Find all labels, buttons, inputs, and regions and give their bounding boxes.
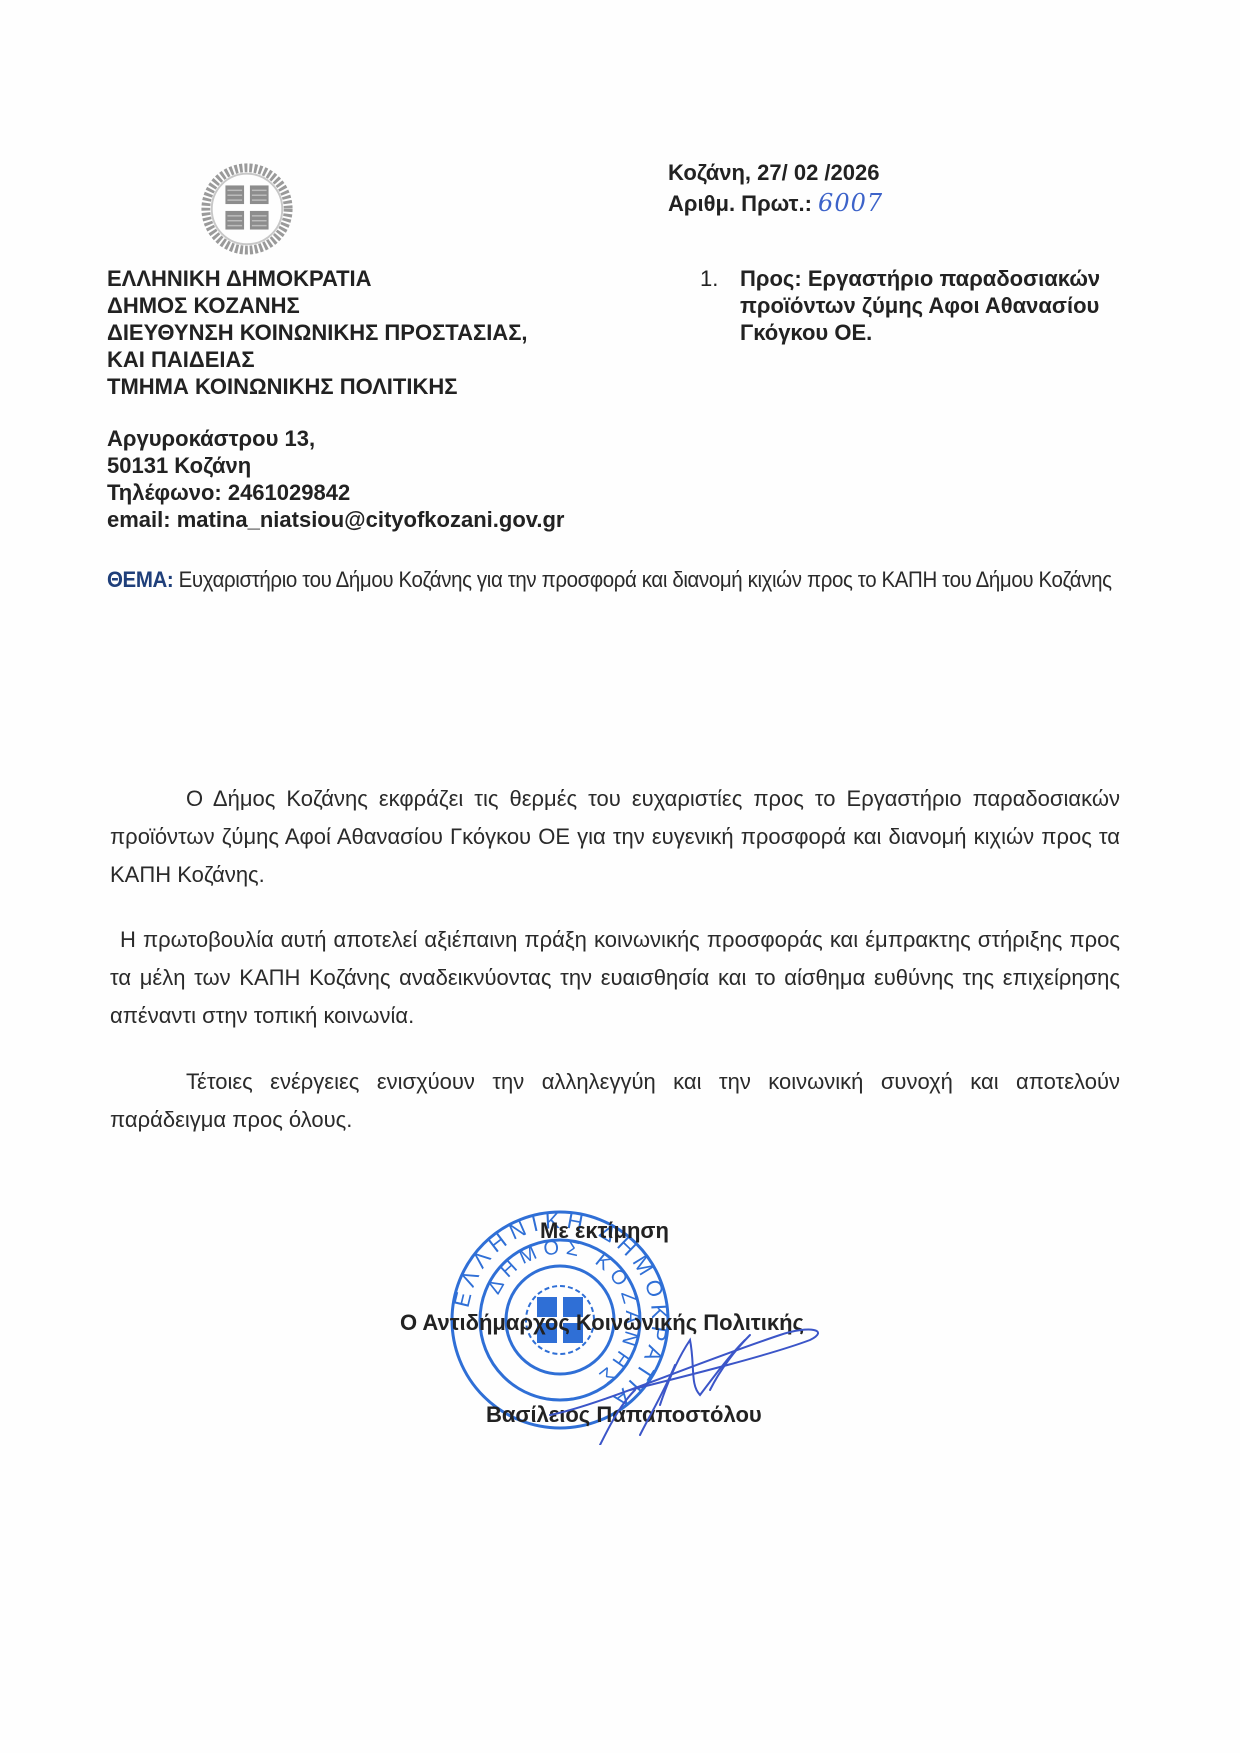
issuer-line: ΚΑΙ ΠΑΙΔΕΙΑΣ: [107, 346, 528, 373]
signatory-name: Βασίλειος Παπαποστόλου: [486, 1402, 762, 1428]
issuer-line: ΤΜΗΜΑ ΚΟΙΝΩΝΙΚΗΣ ΠΟΛΙΤΙΚΗΣ: [107, 373, 528, 400]
phone-line: Τηλέφωνο: 2461029842: [107, 479, 564, 506]
protocol-number-handwritten: 6007: [818, 189, 883, 217]
recipient-block: 1. Προς: Εργαστήριο παραδοσιακών προϊόντ…: [700, 265, 1140, 346]
signatory-role: Ο Αντιδήμαρχος Κοινωνικής Πολιτικής: [400, 1310, 804, 1336]
date-protocol-block: Κοζάνη, 27/ 02 /2026 Αριθμ. Πρωτ.: 6007: [668, 158, 883, 219]
protocol-line: Αριθμ. Πρωτ.: 6007: [668, 188, 883, 219]
issuer-line: ΕΛΛΗΝΙΚΗ ΔΗΜΟΚΡΑΤΙΑ: [107, 265, 528, 292]
body-paragraph: Ο Δήμος Κοζάνης εκφράζει τις θερμές του …: [110, 780, 1120, 894]
issuer-line: ΔΙΕΥΘΥΝΣΗ ΚΟΙΝΩΝΙΚΗΣ ΠΡΟΣΤΑΣΙΑΣ,: [107, 319, 528, 346]
subject-text: Ευχαριστήριο του Δήμου Κοζάνης για την π…: [179, 567, 1112, 592]
recipient-line: Προς: Εργαστήριο παραδοσιακών: [740, 265, 1140, 292]
postal-line: 50131 Κοζάνη: [107, 452, 564, 479]
recipient-number: 1.: [700, 265, 718, 292]
body-paragraph: Η πρωτοβουλία αυτή αποτελεί αξιέπαινη πρ…: [110, 921, 1120, 1035]
contact-block: Αργυροκάστρου 13, 50131 Κοζάνη Τηλέφωνο:…: [107, 425, 564, 533]
closing-greeting: Με εκτίμηση: [540, 1218, 669, 1244]
letter-page: Κοζάνη, 27/ 02 /2026 Αριθμ. Πρωτ.: 6007 …: [0, 0, 1240, 1753]
protocol-label: Αριθμ. Πρωτ.:: [668, 191, 812, 216]
place-date: Κοζάνη, 27/ 02 /2026: [668, 158, 883, 188]
issuer-block: ΕΛΛΗΝΙΚΗ ΔΗΜΟΚΡΑΤΙΑ ΔΗΜΟΣ ΚΟΖΑΝΗΣ ΔΙΕΥΘΥ…: [107, 265, 528, 400]
body-paragraph: Τέτοιες ενέργειες ενισχύουν την αλληλεγγ…: [110, 1063, 1120, 1139]
recipient-line: Γκόγκου ΟΕ.: [740, 319, 1140, 346]
subject-label: ΘΕΜΑ:: [107, 567, 173, 592]
address-line: Αργυροκάστρου 13,: [107, 425, 564, 452]
email-line: email: matina_niatsiou@cityofkozani.gov.…: [107, 506, 564, 533]
greek-coat-of-arms-icon: [198, 158, 296, 256]
issuer-line: ΔΗΜΟΣ ΚΟΖΑΝΗΣ: [107, 292, 528, 319]
recipient-line: προϊόντων ζύμης Αφοι Αθανασίου: [740, 292, 1140, 319]
subject-block: ΘΕΜΑ: Ευχαριστήριο του Δήμου Κοζάνης για…: [107, 561, 1130, 599]
